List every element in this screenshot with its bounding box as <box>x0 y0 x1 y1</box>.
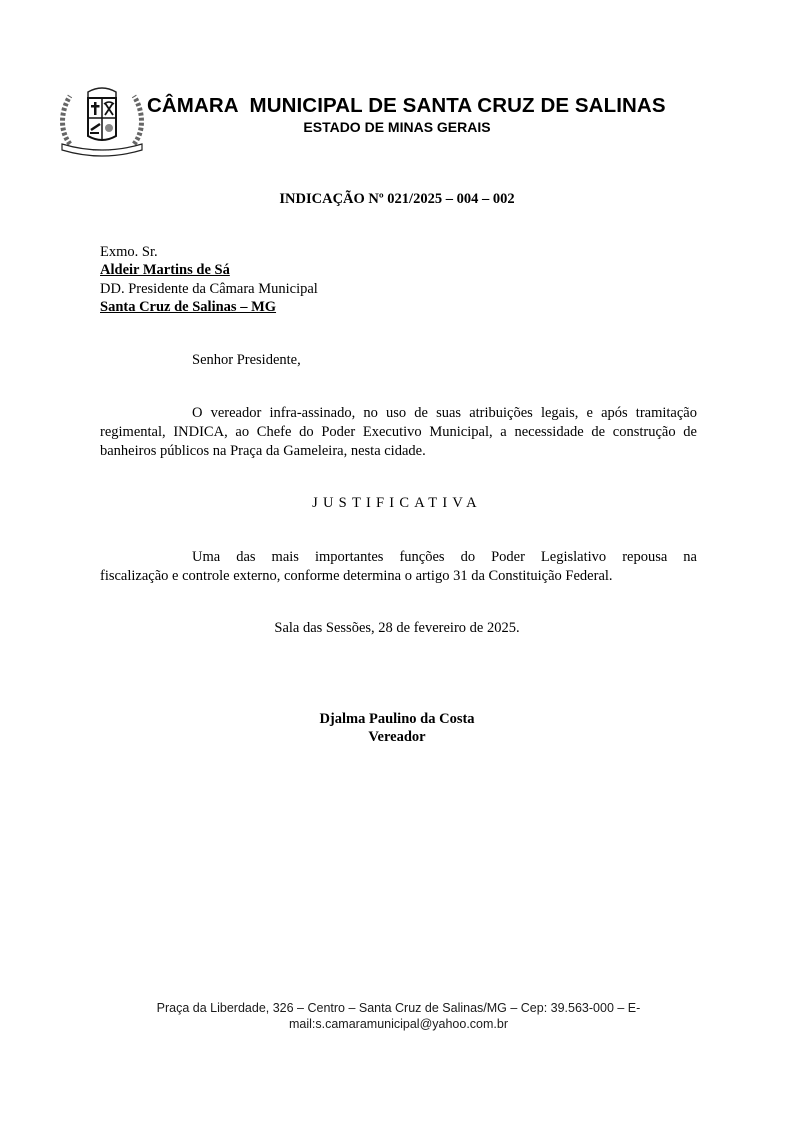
addressee-position: DD. Presidente da Câmara Municipal <box>100 280 318 298</box>
justification-paragraph-line1: Uma das mais importantes funções do Pode… <box>100 548 697 567</box>
addressee-location: Santa Cruz de Salinas – MG <box>100 298 318 316</box>
body-paragraph: O vereador infra-assinado, no uso de sua… <box>100 404 697 461</box>
signatory-role: Vereador <box>0 728 794 746</box>
institution-title: CÂMARA MUNICIPAL DE SANTA CRUZ DE SALINA… <box>147 94 687 118</box>
justification-text-line2: fiscalização e controle externo, conform… <box>100 567 697 586</box>
addressee-block: Exmo. Sr. Aldeir Martins de Sá DD. Presi… <box>100 243 318 316</box>
justification-heading: JUSTIFICATIVA <box>0 495 794 512</box>
greeting: Senhor Presidente, <box>192 352 301 369</box>
addressee-name: Aldeir Martins de Sá <box>100 261 318 279</box>
document-title: INDICAÇÃO Nº 021/2025 – 004 – 002 <box>0 191 794 208</box>
footer-line2: mail:s.camaramunicipal@yahoo.com.br <box>100 1016 697 1032</box>
justification-text-line1: Uma das mais importantes funções do Pode… <box>192 549 697 565</box>
place-date: Sala das Sessões, 28 de fevereiro de 202… <box>0 620 794 637</box>
addressee-salutation: Exmo. Sr. <box>100 243 318 261</box>
coat-of-arms-icon: · · · · · · · · <box>56 82 148 160</box>
signature-block: Djalma Paulino da Costa Vereador <box>0 710 794 746</box>
institution-subtitle: ESTADO DE MINAS GERAIS <box>147 119 647 135</box>
footer-address: Praça da Liberdade, 326 – Centro – Santa… <box>100 1000 697 1032</box>
signatory-name: Djalma Paulino da Costa <box>0 710 794 728</box>
svg-text:· · · · · · · ·: · · · · · · · · <box>92 148 111 153</box>
footer-line1: Praça da Liberdade, 326 – Centro – Santa… <box>100 1000 697 1016</box>
